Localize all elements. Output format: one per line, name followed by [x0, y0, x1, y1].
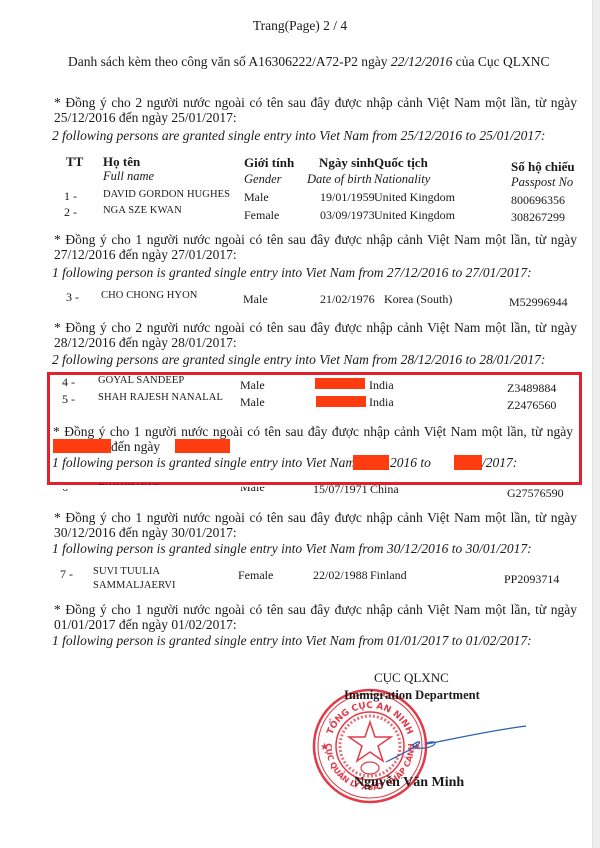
svg-text:★: ★: [320, 742, 329, 753]
section-6-vi: * Đồng ý cho 1 người nước ngoài có tên s…: [54, 602, 577, 632]
org-name-en: Immigration Department: [344, 688, 480, 703]
section-6-en: 1 following person is granted single ent…: [52, 633, 532, 649]
signer-name: Nguyễn Văn Minh: [354, 775, 464, 791]
signature-ink: [380, 720, 530, 770]
section-5-en: 1 following person is granted single ent…: [52, 541, 532, 557]
org-name-vi: CỤC QLXNC: [374, 670, 449, 686]
section-5-vi: * Đồng ý cho 1 người nước ngoài có tên s…: [54, 510, 577, 540]
